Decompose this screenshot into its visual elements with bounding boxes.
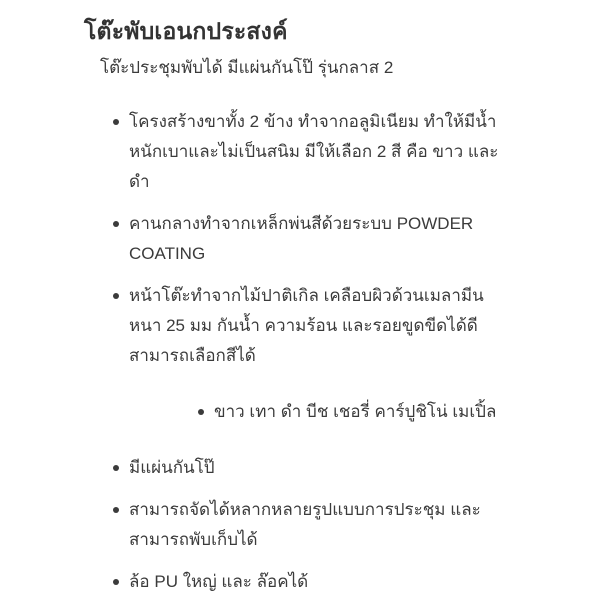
product-subtitle: โต๊ะประชุมพับได้ มีแผ่นกันโป๊ รุ่นกลาส 2 (100, 55, 560, 81)
feature-item-color-options: ขาว เทา ดำ บีช เชอรี่ คาร์ปูชิโน่ เมเปิ้… (169, 397, 560, 427)
feature-text: คานกลางทำจากเหล็กพ่นสีด้วยระบบ POWDER CO… (129, 214, 473, 263)
feature-text: ล้อ PU ใหญ่ และ ล๊อคได้ (129, 572, 308, 591)
product-title: โต๊ะพับเอนกประสงค์ (84, 14, 560, 48)
bullet-icon (113, 221, 119, 227)
feature-item-beam: คานกลางทำจากเหล็กพ่นสีด้วยระบบ POWDER CO… (84, 209, 560, 269)
feature-list: โครงสร้างขาทั้ง 2 ข้าง ทำจากอลูมิเนียม ท… (84, 107, 560, 597)
feature-item-wheels: ล้อ PU ใหญ่ และ ล๊อคได้ (84, 567, 560, 597)
bullet-icon (113, 119, 119, 125)
bullet-icon (198, 409, 204, 415)
feature-item-modesty-panel: มีแผ่นกันโป๊ (84, 453, 560, 483)
feature-text: มีแผ่นกันโป๊ (129, 458, 215, 477)
feature-text: หน้าโต๊ะทำจากไม้ปาติเกิล เคลือบผิวด้วนเม… (129, 286, 484, 365)
feature-text: สามารถจัดได้หลากหลายรูปแบบการประชุม และ … (129, 500, 481, 549)
feature-item-arrangement: สามารถจัดได้หลากหลายรูปแบบการประชุม และ … (84, 495, 560, 555)
feature-item-tabletop: หน้าโต๊ะทำจากไม้ปาติเกิล เคลือบผิวด้วนเม… (84, 281, 560, 371)
feature-item-frame: โครงสร้างขาทั้ง 2 ข้าง ทำจากอลูมิเนียม ท… (84, 107, 560, 197)
feature-text: ขาว เทา ดำ บีช เชอรี่ คาร์ปูชิโน่ เมเปิ้… (214, 402, 496, 421)
bullet-icon (113, 465, 119, 471)
feature-text: โครงสร้างขาทั้ง 2 ข้าง ทำจากอลูมิเนียม ท… (129, 112, 498, 191)
product-description-page: โต๊ะพับเอนกประสงค์ โต๊ะประชุมพับได้ มีแผ… (0, 0, 600, 600)
bullet-icon (113, 579, 119, 585)
bullet-icon (113, 293, 119, 299)
bullet-icon (113, 507, 119, 513)
